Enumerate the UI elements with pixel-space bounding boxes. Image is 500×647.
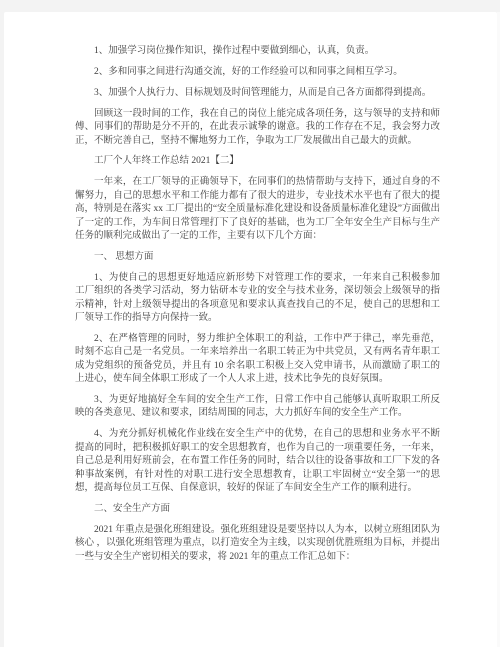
paragraph: 2、在严格管理的同时，努力维护全体职工的利益，工作中严于律己，率先垂范，时刻不忘… [75,333,440,387]
paragraph: 4、为充分抓好机械化作业线在安全生产中的优势，在自己的思想和业务水平不断提高的同… [75,428,440,495]
paragraph: 3、为更好地搞好全车间的安全生产工作，日常工作中自己能够认真听取职工所反映的各类… [75,394,440,421]
page-frame-top [0,0,500,12]
section-heading: 一、 思想方面 [75,251,440,264]
section-heading: 二、安全生产方面 [75,503,440,516]
paragraph: 一年来，在工厂领导的正确领导下，在同事们的热情帮助与支持下，通过自身的不懈努力，… [75,176,440,243]
document-content: 1、加强学习岗位操作知识，操作过程中要做到细心，认真，负责。 2、多和同事之间进… [4,12,497,564]
paragraph: 回顾这一段时间的工作，我在自己的岗位上能完成各项任务，这与领导的支持和师傅、同事… [75,108,440,148]
list-item: 1、加强学习岗位操作知识，操作过程中要做到细心，认真，负责。 [75,45,440,58]
list-item: 3、加强个人执行力、目标规划及时间管理能力，从而是自己各方面都得到提高。 [75,87,440,100]
paragraph: 1、为使自己的思想更好地适应新形势下对管理工作的要求，一年来自己积极参加工厂组织… [75,272,440,326]
paragraph: 2021 年重点是强化班组建设。强化班组建设是要坚持以人为本，以树立班组团队为核… [75,524,440,564]
document-page: 1、加强学习岗位操作知识，操作过程中要做到细心，认真，负责。 2、多和同事之间进… [4,12,497,647]
list-item: 2、多和同事之间进行沟通交流，好的工作经验可以和同事之间相互学习。 [75,66,440,79]
doc-title: 工厂个人年终工作总结 2021【二】 [75,155,440,168]
